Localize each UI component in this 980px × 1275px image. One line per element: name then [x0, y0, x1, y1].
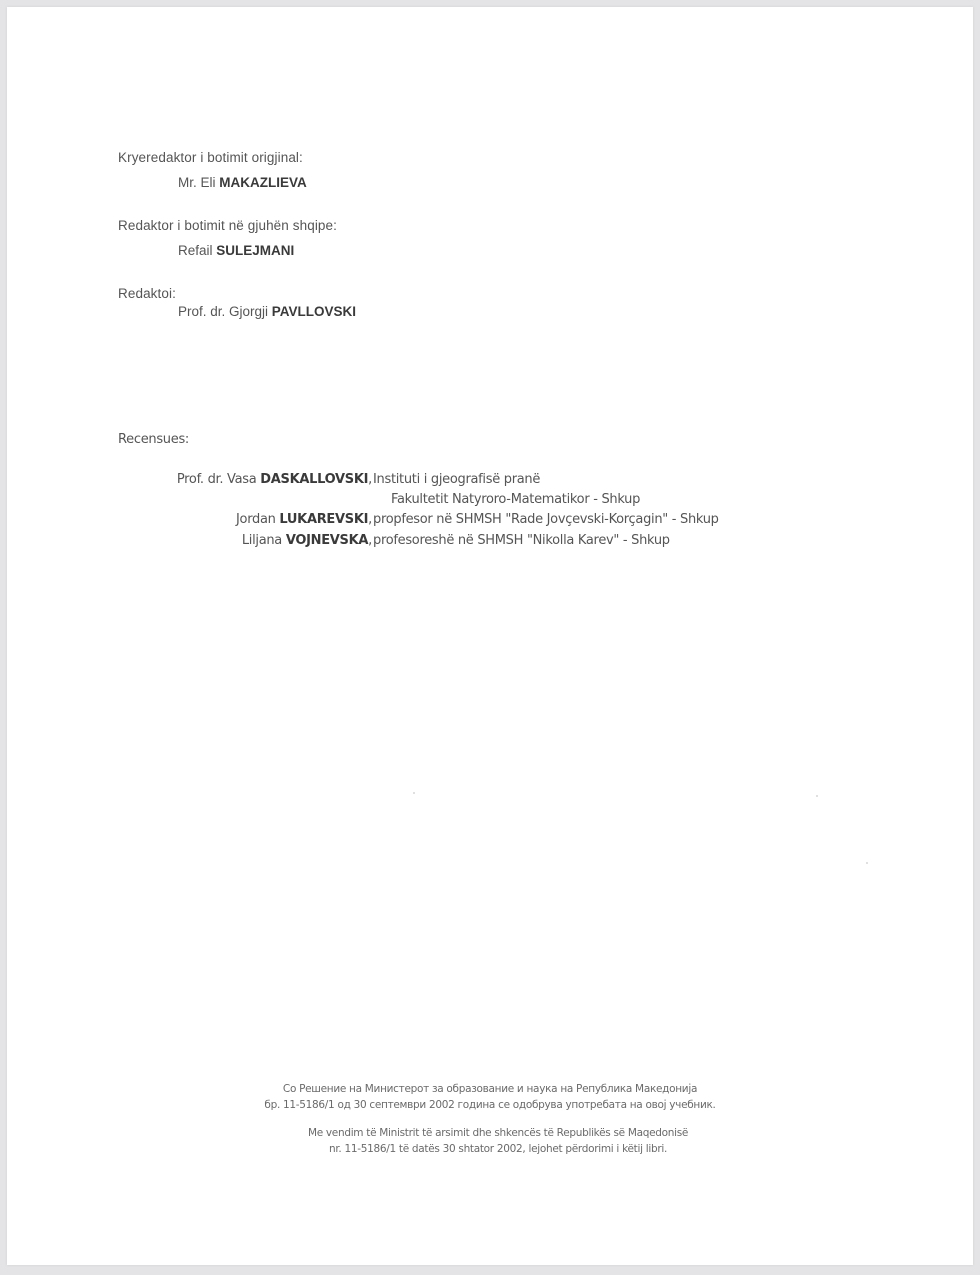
reviewer-3-prefix: Liljana [242, 533, 282, 548]
editor-in-chief-surname: MAKAZLIEVA [219, 175, 307, 190]
scan-speck [413, 792, 415, 794]
reviewer-1-affiliation-cont: Fakultetit Natyroro-Matematikor - Shkup [391, 492, 640, 507]
edited-by-label: Redaktoi: [118, 286, 176, 301]
scan-speck [816, 795, 818, 797]
reviewer-2-name: Jordan LUKAREVSKI, [0, 512, 372, 527]
albanian-editor-name: Refail SULEJMANI [178, 243, 294, 258]
approval-mk-line-2: бр. 11-5186/1 од 30 септември 2002 годин… [0, 1097, 980, 1113]
approval-mk-line-1: Со Решение на Министерот за образование … [0, 1081, 980, 1097]
approval-sq-line-1: Me vendim të Ministrit të arsimit dhe sh… [8, 1125, 980, 1141]
reviewer-1-prefix: Prof. dr. Vasa [177, 472, 257, 487]
reviewer-1-affiliation: Instituti i gjeografisë pranë [373, 472, 540, 487]
scan-speck [866, 862, 868, 864]
approval-sq-line-2: nr. 11-5186/1 të datës 30 shtator 2002, … [8, 1141, 980, 1157]
reviewer-2: Jordan LUKAREVSKI, propfesor në SHMSH "R… [0, 512, 980, 532]
albanian-editor-prefix: Refail [178, 243, 213, 258]
albanian-editor-surname: SULEJMANI [216, 243, 294, 258]
editor-in-chief-label: Kryeredaktor i botimit origjinal: [118, 150, 303, 165]
approval-notice-albanian: Me vendim të Ministrit të arsimit dhe sh… [8, 1125, 980, 1157]
reviewer-1: Prof. dr. Vasa DASKALLOVSKI, Instituti i… [0, 472, 980, 492]
reviewer-3-affiliation: profesoreshë në SHMSH "Nikolla Karev" - … [373, 533, 670, 548]
editor-in-chief-prefix: Mr. Eli [178, 175, 216, 190]
reviewer-3-name: Liljana VOJNEVSKA, [0, 533, 372, 548]
edited-by-name: Prof. dr. Gjorgji PAVLLOVSKI [178, 304, 356, 319]
albanian-editor-label: Redaktor i botimit në gjuhën shqipe: [118, 218, 337, 233]
reviewer-1-name: Prof. dr. Vasa DASKALLOVSKI, [0, 472, 372, 487]
approval-notice-macedonian: Со Решение на Министерот за образование … [0, 1081, 980, 1113]
reviewer-3-surname: VOJNEVSKA [286, 533, 368, 548]
document-page [7, 7, 973, 1265]
reviewer-2-surname: LUKAREVSKI [279, 512, 368, 527]
reviewer-2-prefix: Jordan [236, 512, 276, 527]
editor-in-chief-name: Mr. Eli MAKAZLIEVA [178, 175, 307, 190]
edited-by-surname: PAVLLOVSKI [272, 304, 356, 319]
reviewer-3: Liljana VOJNEVSKA, profesoreshë në SHMSH… [0, 533, 980, 553]
edited-by-prefix: Prof. dr. Gjorgji [178, 304, 268, 319]
reviewer-1-surname: DASKALLOVSKI [260, 472, 368, 487]
reviewer-2-affiliation: propfesor në SHMSH "Rade Jovçevski-Korça… [373, 512, 719, 527]
reviewers-heading: Recensues: [118, 432, 189, 447]
